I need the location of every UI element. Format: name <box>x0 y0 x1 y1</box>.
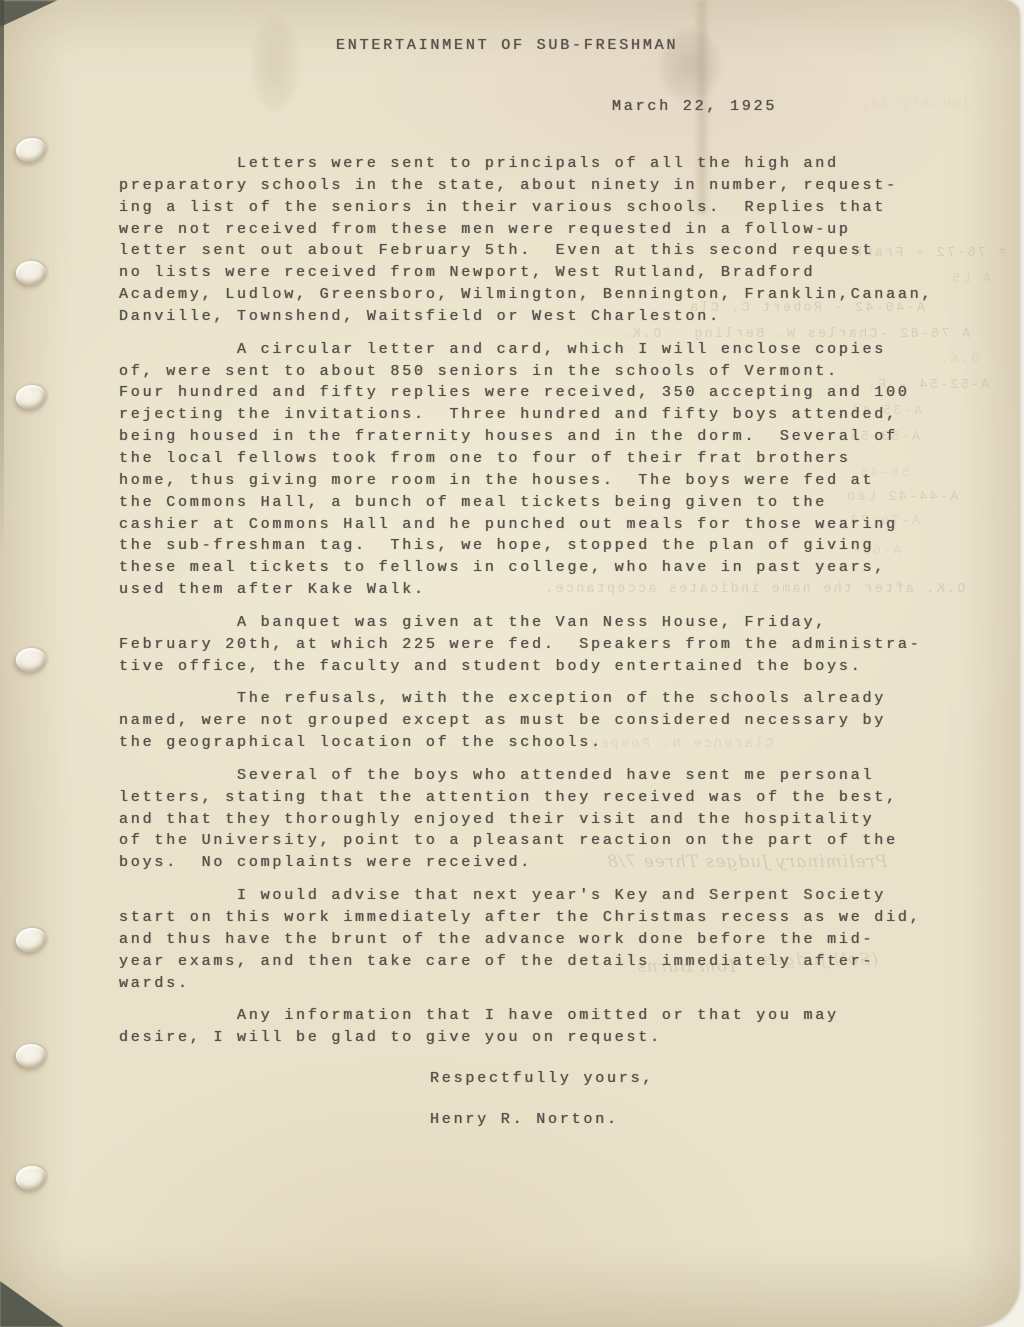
paragraph: A circular letter and card, which I will… <box>119 339 979 601</box>
punch-hole <box>16 1044 46 1068</box>
text-line: ing a list of the seniors in their vario… <box>119 197 979 219</box>
text-line: rejecting the invitations. Three hundred… <box>119 404 979 426</box>
punch-hole <box>15 136 48 163</box>
text-line: named, were not grouped except as must b… <box>119 710 979 732</box>
paragraph: Several of the boys who attended have se… <box>119 765 979 874</box>
text-line: year exams, and then take care of the de… <box>119 951 979 973</box>
text-line: being housed in the fraternity houses an… <box>119 426 979 448</box>
text-line: Several of the boys who attended have se… <box>119 765 979 787</box>
text-line: of the University, point to a pleasant r… <box>119 830 979 852</box>
text-line: the Commons Hall, a bunch of meal ticket… <box>119 492 979 514</box>
document-title: ENTERTAINMENT OF SUB-FRESHMAN <box>336 37 678 55</box>
paragraph: Letters were sent to principals of all t… <box>119 153 979 328</box>
text-line: Danville, Townshend, Waitsfield or West … <box>119 306 979 328</box>
text-line: wards. <box>119 973 979 995</box>
text-line: these meal tickets to fellows in college… <box>119 557 979 579</box>
document-date: March 22, 1925 <box>612 98 777 116</box>
text-line: letters, stating that the attention they… <box>119 787 979 809</box>
text-line: no lists were received from Newport, Wes… <box>119 262 979 284</box>
text-line: of, were sent to about 850 seniors in th… <box>119 361 979 383</box>
text-line: boys. No complaints were received. <box>119 852 979 874</box>
bleedthrough-fragment: January 28, <box>858 97 971 112</box>
text-line: the sub-freshman tag. This, we hope, sto… <box>119 535 979 557</box>
text-line: preparatory schools in the state, about … <box>119 175 979 197</box>
text-line: used them after Kake Walk. <box>119 579 979 601</box>
signature-name: Henry R. Norton. <box>430 1109 979 1131</box>
punch-hole <box>15 383 48 410</box>
punch-hole <box>16 648 46 672</box>
text-line: Four hundred and fifty replies were rece… <box>119 382 979 404</box>
punch-hole <box>15 926 48 953</box>
text-line: I would advise that next year's Key and … <box>119 885 979 907</box>
text-line: Letters were sent to principals of all t… <box>119 153 979 175</box>
text-line: and thus have the brunt of the advance w… <box>119 929 979 951</box>
text-line: February 20th, at which 225 were fed. Sp… <box>119 634 979 656</box>
text-line: home, thus giving more room in the house… <box>119 470 979 492</box>
text-line: The refusals, with the exception of the … <box>119 688 979 710</box>
text-line: A banquet was given at the Van Ness Hous… <box>119 612 979 634</box>
text-line: Academy, Ludlow, Greensboro, Wilmington,… <box>119 284 979 306</box>
text-line: cashier at Commons Hall and he punched o… <box>119 514 979 536</box>
text-line: tive office, the faculty and student bod… <box>119 656 979 678</box>
punch-hole <box>15 1164 48 1191</box>
closing-salutation: Respectfully yours, <box>430 1068 979 1090</box>
text-line: desire, I will be glad to give you on re… <box>119 1027 979 1049</box>
text-line: letter sent out about February 5th. Even… <box>119 240 979 262</box>
paragraph: Any information that I have omitted or t… <box>119 1005 979 1049</box>
text-line: were not received from these men were re… <box>119 219 979 241</box>
paragraph: A banquet was given at the Van Ness Hous… <box>119 612 979 678</box>
paper-sheet: January 28,# 76-72 - FrankA L5A-40-42 - … <box>0 0 1019 1327</box>
text-line: Any information that I have omitted or t… <box>119 1005 979 1027</box>
punch-hole <box>16 261 46 285</box>
text-line: the geographical location of the schools… <box>119 732 979 754</box>
paper-smudge <box>252 18 298 110</box>
letter-body: Letters were sent to principals of all t… <box>119 153 979 1131</box>
text-line: start on this work immediately after the… <box>119 907 979 929</box>
text-line: and that they thoroughly enjoyed their v… <box>119 809 979 831</box>
text-line: the local fellows took from one to four … <box>119 448 979 470</box>
paragraph: I would advise that next year's Key and … <box>119 885 979 994</box>
closing-block: Respectfully yours,Henry R. Norton. <box>430 1068 979 1131</box>
text-line: A circular letter and card, which I will… <box>119 339 979 361</box>
paragraph: The refusals, with the exception of the … <box>119 688 979 754</box>
